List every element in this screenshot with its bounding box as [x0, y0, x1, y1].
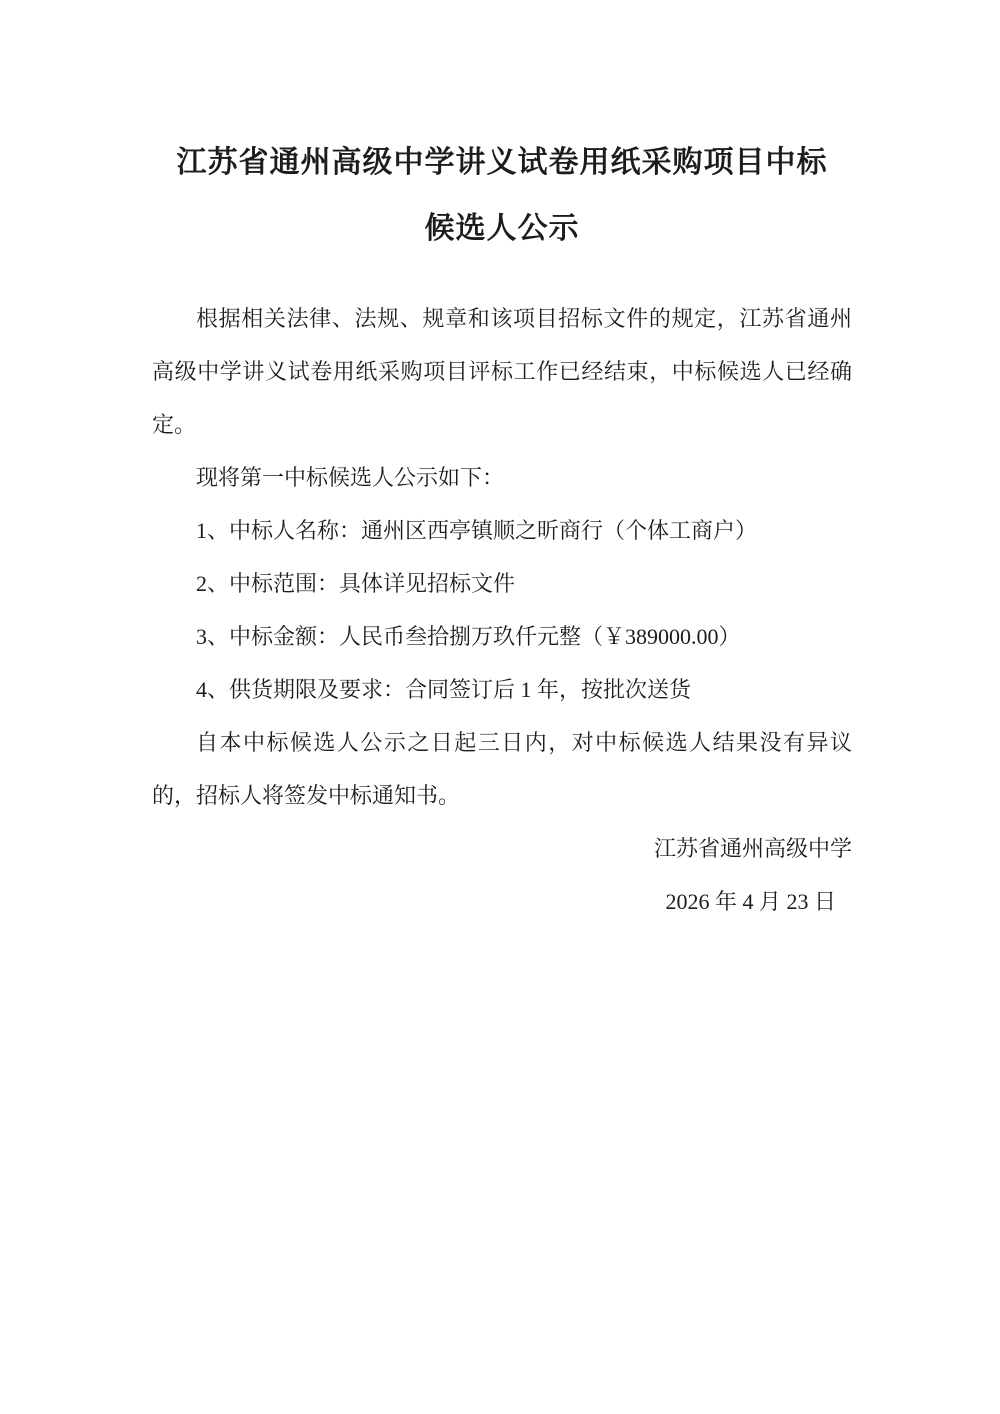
list-item-bid-amount: 3、中标金额：人民币叁拾捌万玖仟元整（￥389000.00） [152, 610, 852, 663]
list-item-supply-term: 4、供货期限及要求：合同签订后 1 年，按批次送货 [152, 663, 852, 716]
list-item-winner-name: 1、中标人名称：通州区西亭镇顺之昕商行（个体工商户） [152, 504, 852, 557]
document-title-line-2: 候选人公示 [152, 196, 852, 262]
list-item-bid-scope: 2、中标范围：具体详见招标文件 [152, 557, 852, 610]
document-title-line-1: 江苏省通州高级中学讲义试卷用纸采购项目中标 [152, 130, 852, 196]
document-body: 江苏省通州高级中学讲义试卷用纸采购项目中标 候选人公示 根据相关法律、法规、规章… [0, 0, 1000, 928]
paragraph-intro: 根据相关法律、法规、规章和该项目招标文件的规定，江苏省通州高级中学讲义试卷用纸采… [152, 292, 852, 451]
document-page: 江苏省通州高级中学讲义试卷用纸采购项目中标 候选人公示 根据相关法律、法规、规章… [0, 0, 1000, 1414]
paragraph-announce: 现将第一中标候选人公示如下： [152, 451, 852, 504]
paragraph-objection: 自本中标候选人公示之日起三日内，对中标候选人结果没有异议的，招标人将签发中标通知… [152, 716, 852, 822]
document-text: 根据相关法律、法规、规章和该项目招标文件的规定，江苏省通州高级中学讲义试卷用纸采… [152, 292, 852, 928]
signature-organization: 江苏省通州高级中学 [152, 822, 852, 875]
document-title: 江苏省通州高级中学讲义试卷用纸采购项目中标 候选人公示 [152, 130, 852, 262]
signature-date: 2026 年 4 月 23 日 [152, 875, 852, 928]
